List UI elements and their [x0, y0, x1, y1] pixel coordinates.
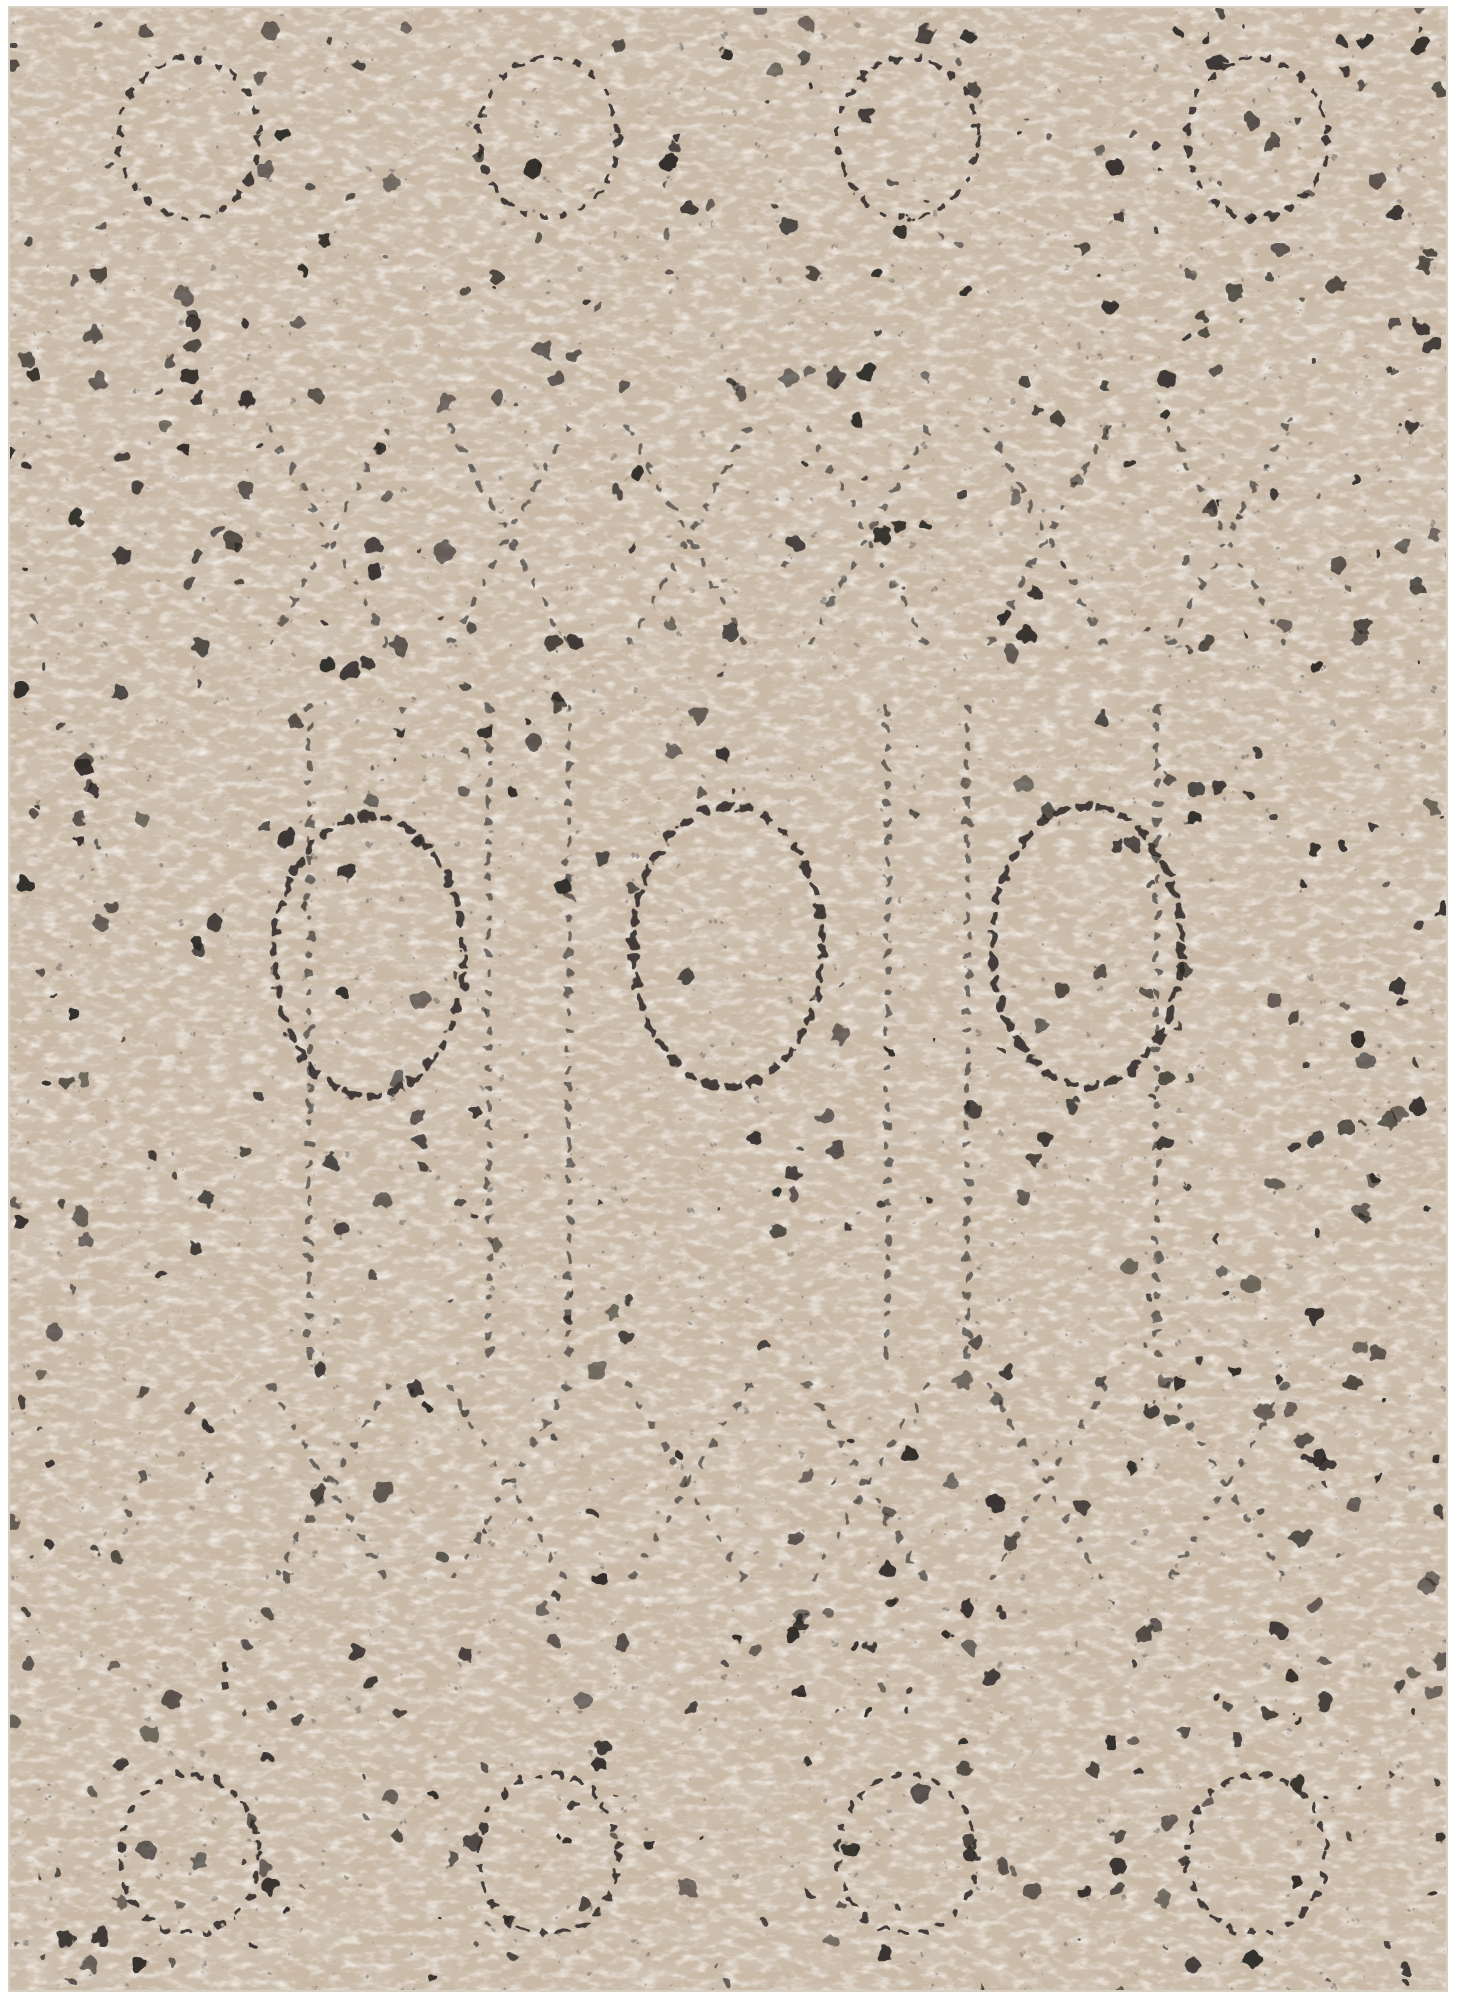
- rug-pattern: [10, 8, 1446, 1990]
- rug-image: [8, 6, 1448, 1992]
